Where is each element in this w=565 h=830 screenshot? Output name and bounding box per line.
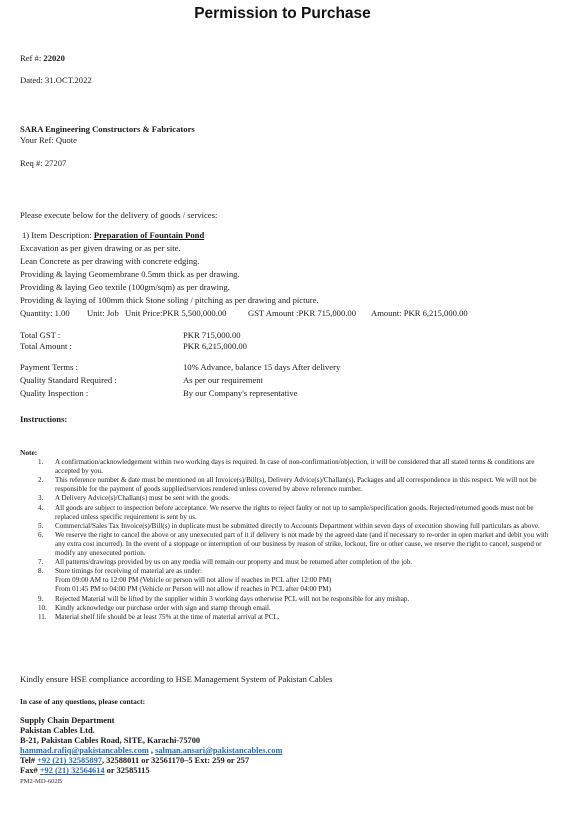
- total-gst-label: Total GST :: [20, 330, 60, 340]
- item-unit-price: Unit Price:PKR 5,500,000.00: [125, 308, 226, 318]
- dated: Dated: 31.OCT.2022: [20, 75, 92, 85]
- note-item: 7.All patterns/drawings provided by us o…: [20, 558, 550, 567]
- note-item: 5.Commercial/Sales Tax Invoice(s)/Bill(s…: [20, 522, 550, 531]
- item-line: Lean Concrete as per drawing with concre…: [20, 256, 199, 266]
- item-line: Providing & laying of 100mm thick Stone …: [20, 295, 319, 305]
- store-timing: From 09:00 AM to 12:00 PM (Vehicle or pe…: [55, 576, 331, 584]
- item-prefix: 1) Item Description:: [22, 230, 94, 240]
- form-code: PM2-MD-602B: [20, 777, 282, 787]
- note-item: 4.All goods are subject to inspection be…: [20, 504, 550, 522]
- item-quantity: Quantity: 1.00: [20, 308, 70, 318]
- contact-tel: Tel# +92 (21) 32585897, 32588011 or 3256…: [20, 756, 282, 766]
- note-item: 9.Rejected Material will be lifted by th…: [20, 595, 550, 604]
- item-line: Excavation as per given drawing or as pe…: [20, 243, 181, 253]
- ref-value: 22020: [43, 53, 64, 63]
- item-gst-amount: GST Amount :PKR 715,000.00: [248, 308, 356, 318]
- ref-label: Ref #:: [20, 53, 43, 63]
- quality-inspection-label: Quality Inspection :: [20, 388, 88, 398]
- fax-link[interactable]: +92 (21) 32564614: [40, 766, 105, 775]
- item-amount: Amount: PKR 6,215,000.00: [371, 308, 468, 318]
- quality-standard-label: Quality Standard Required :: [20, 375, 117, 385]
- item-description: 1) Item Description: Preparation of Foun…: [22, 230, 204, 240]
- item-line: Providing & laying Geo textile (100gm/sq…: [20, 282, 230, 292]
- contact-address: B-21, Pakistan Cables Road, SITE, Karach…: [20, 736, 282, 746]
- note-item: 2.This reference number & date must be m…: [20, 476, 550, 494]
- note-item: 6.We reserve the right to cancel the abo…: [20, 531, 550, 558]
- instructions-heading: Instructions:: [20, 414, 67, 424]
- store-timing: From 01:45 PM to 04:00 PM (Vehicle or Pe…: [55, 585, 331, 593]
- intro-text: Please execute below for the delivery of…: [20, 210, 217, 220]
- hse-notice: Kindly ensure HSE compliance according t…: [20, 674, 332, 684]
- page-title: Permission to Purchase: [0, 5, 565, 23]
- req-number: Req #: 27207: [20, 158, 66, 168]
- contact-emails: hammad.rafiq@pakistancables.com , salman…: [20, 746, 282, 756]
- item-line: Providing & laying Geomembrane 0.5mm thi…: [20, 269, 240, 279]
- payment-terms-label: Payment Terms :: [20, 362, 78, 372]
- total-amount-label: Total Amount :: [20, 341, 72, 351]
- payment-terms-value: 10% Advance, balance 15 days After deliv…: [183, 362, 340, 372]
- item-name: Preparation of Fountain Pond: [94, 230, 204, 240]
- notes-section: Note: 1.A confirmation/acknowledgement w…: [20, 448, 550, 622]
- contact-department: Supply Chain Department: [20, 716, 282, 726]
- note-item: 11.Material shelf life should be at leas…: [20, 613, 550, 622]
- contact-block: Supply Chain Department Pakistan Cables …: [20, 716, 282, 787]
- ref-number: Ref #: 22020: [20, 53, 65, 63]
- quality-standard-value: As per our requirement: [183, 375, 263, 385]
- total-gst-value: PKR 715,000.00: [183, 330, 241, 340]
- contact-company: Pakistan Cables Ltd.: [20, 726, 282, 736]
- note-item: 3.A Delivery Advice(s)/Challan(s) must b…: [20, 494, 550, 503]
- notes-list: 1.A confirmation/acknowledgement within …: [20, 458, 550, 622]
- tel-link[interactable]: +92 (21) 32585897: [37, 756, 102, 765]
- note-item: 10.Kindly acknowledge our purchase order…: [20, 604, 550, 613]
- note-heading: Note:: [20, 448, 550, 457]
- email-link-hammad[interactable]: hammad.rafiq@pakistancables.com: [20, 746, 149, 755]
- email-link-salman[interactable]: salman.ansari@pakistancables.com: [155, 746, 282, 755]
- contact-heading: In case of any questions, please contact…: [20, 697, 145, 706]
- note-item: 8.Store timings for receiving of materia…: [20, 567, 550, 594]
- total-amount-value: PKR 6,215,000.00: [183, 341, 247, 351]
- contact-fax: Fax# +92 (21) 32564614 or 32585115: [20, 766, 282, 776]
- vendor-name: SARA Engineering Constructors & Fabricat…: [20, 124, 195, 134]
- item-unit: Unit: Job: [87, 308, 119, 318]
- quality-inspection-value: By our Company's representative: [183, 388, 297, 398]
- note-item: 1.A confirmation/acknowledgement within …: [20, 458, 550, 476]
- your-ref: Your Ref: Quote: [20, 135, 77, 145]
